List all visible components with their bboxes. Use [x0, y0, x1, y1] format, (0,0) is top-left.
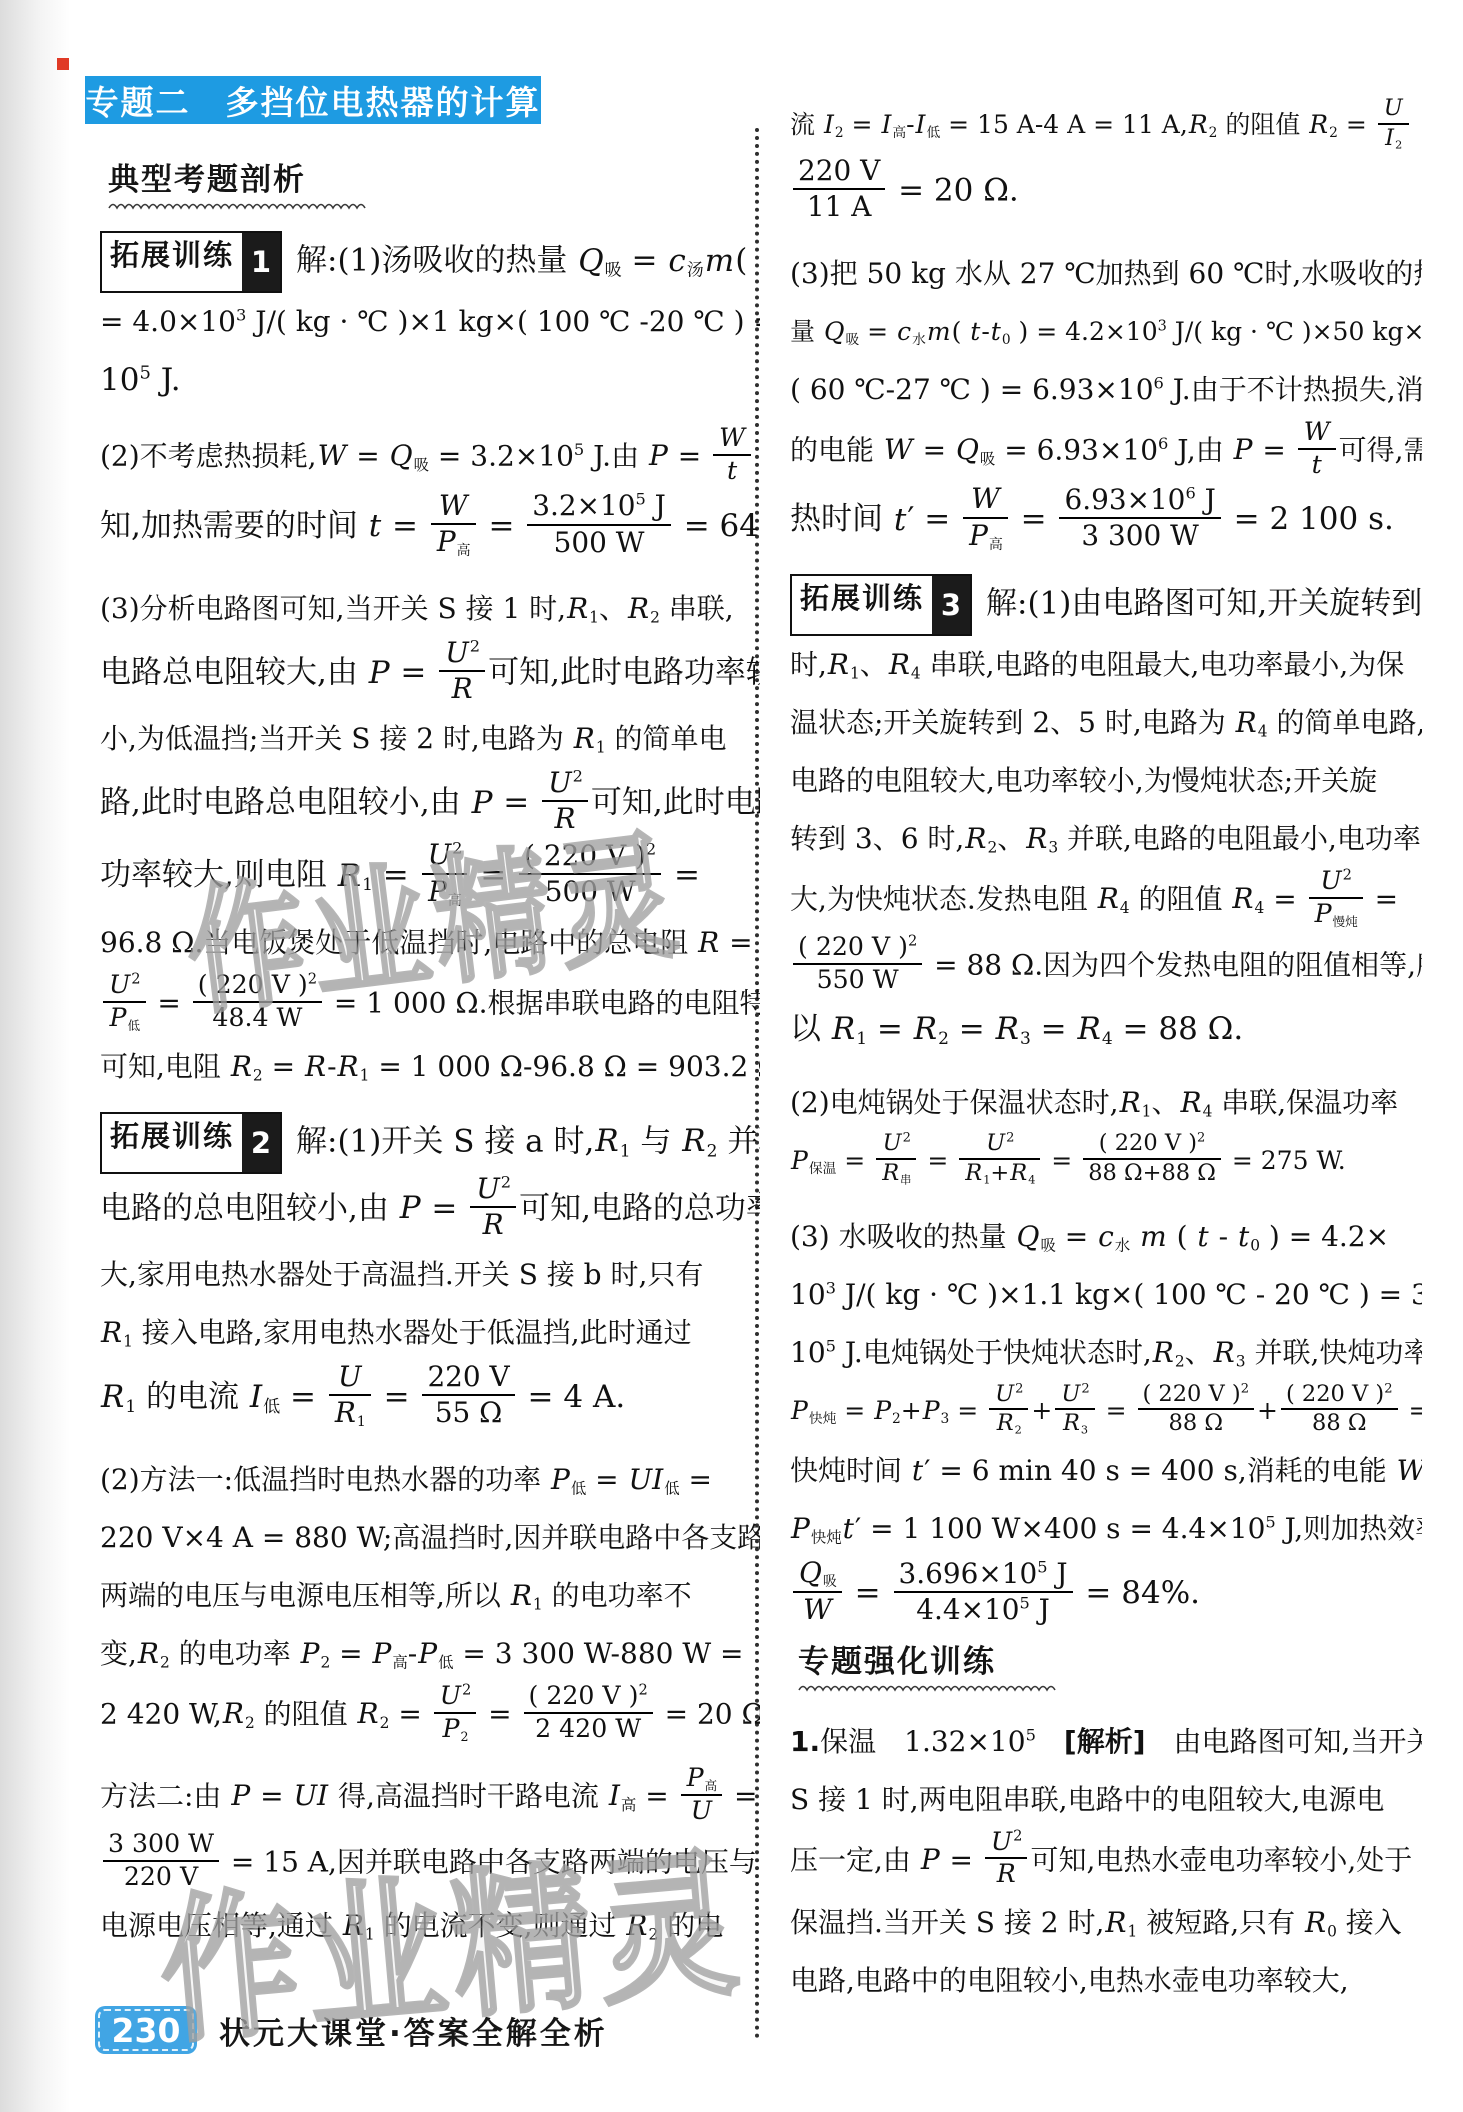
exercise-badge: 拓展训练3 [790, 574, 972, 636]
text-line: 拓展训练2解:(1)开关 S 接 a 时,R1 与 R2 并联, [100, 1112, 760, 1174]
fraction: U2R [470, 1173, 516, 1241]
text-line: 96.8 Ω.当电饭煲处于低温挡时,电路中的总电阻 R = [100, 914, 760, 972]
footer-title: 状元大课堂·答案全解全析 [219, 2008, 608, 2053]
text-line: 知,加热需要的时间 t = WP高 = 3.2×105 J500 W = 640… [100, 491, 760, 564]
text-line: 电路总电阻较大,由 P = U2R可知,此时电路功率较 [100, 638, 760, 710]
text-line: 路,此时电路总电阻较小,由 P = U2R可知,此时电路 [100, 768, 760, 840]
exercise-badge-label: 拓展训练 [102, 1114, 242, 1172]
fraction: U2R3 [1055, 1382, 1094, 1438]
text-line: 大,为快炖状态.发热电阻 R4 的阻值 R4 = U2P慢炖 = [790, 868, 1422, 934]
text-line: 103 J/( kg · ℃ )×1.1 kg×( 100 ℃ - 20 ℃ )… [790, 1266, 1422, 1324]
section-header-label: 典型考题剖析 [108, 154, 760, 199]
text-line: 大,家用电热水器处于高温挡.开关 S 接 b 时,只有 [100, 1246, 760, 1304]
fraction: UI2 [1378, 96, 1409, 151]
text-line: (2)电炖锅处于保温状态时,R1、R4 串联,保温功率 [790, 1074, 1422, 1132]
fraction: ( 220 V )288 Ω [1281, 1382, 1398, 1438]
fraction: WP高 [963, 483, 1008, 552]
text-line: (3) 水吸收的热量 Q吸 = c水 m ( t - t0 ) = 4.2× [790, 1208, 1422, 1266]
text-line: 拓展训练3解:(1)由电路图可知,开关旋转到 1、4 [790, 574, 1422, 636]
section-header: 典型考题剖析 [108, 154, 760, 211]
text-line: 方法二:由 P = UI 得,高温挡时干路电流 I高 = P高U = [100, 1765, 760, 1831]
fraction: U2P2 [434, 1682, 477, 1744]
right-column: 流 I2 = I高-I低 = 15 A-4 A = 11 A,R2 的阻值 R2… [790, 96, 1422, 2106]
fraction: P高U [681, 1764, 723, 1826]
topic-banner: 专题二 多挡位电热器的计算 [85, 76, 541, 124]
text-line: P快炖t′ = 1 100 W×400 s = 4.4×105 J,则加热效率 … [790, 1500, 1422, 1558]
text-line: U2P低 = ( 220 V )248.4 W = 1 000 Ω.根据串联电路… [100, 972, 760, 1038]
fraction: WP高 [431, 490, 476, 559]
fraction: Wt [713, 424, 751, 486]
text-line: 220 V×4 A = 880 W;高温挡时,因并联电路中各支路 [100, 1509, 760, 1567]
text-line: 220 V11 A = 20 Ω. [790, 156, 1422, 228]
page-footer: 230 状元大课堂·答案全解全析 [95, 2006, 608, 2054]
text-line: ( 60 ℃-27 ℃ ) = 6.93×106 J.由于不计热损失,消耗 [790, 361, 1422, 419]
fraction: 3 300 W220 V [103, 1830, 219, 1892]
fraction: 6.93×106 J3 300 W [1059, 484, 1220, 552]
fraction: 220 V55 Ω [422, 1361, 514, 1429]
page-edge-shade [0, 0, 70, 2112]
fraction: 3.696×105 J4.4×105 J [894, 1558, 1073, 1626]
fraction: 3.2×105 J500 W [527, 490, 671, 558]
text-line: 快炖时间 t′ = 6 min 40 s = 400 s,消耗的电能 W = [790, 1442, 1422, 1500]
text-line: R1 接入电路,家用电热水器处于低温挡,此时通过 [100, 1304, 760, 1362]
section-header: 专题强化训练 [798, 1636, 1422, 1693]
fraction: U2R1+R4 [959, 1131, 1040, 1187]
exercise-badge-number: 1 [242, 233, 280, 291]
left-column: 典型考题剖析拓展训练1解:(1)汤吸收的热量 Q吸 = c汤m( t-t0 )=… [100, 150, 760, 2006]
text-line: 变,R2 的电功率 P2 = P高-P低 = 3 300 W-880 W = [100, 1625, 760, 1683]
exercise-badge-number: 3 [932, 576, 970, 634]
text-line: Q吸W = 3.696×105 J4.4×105 J = 84%. [790, 1558, 1422, 1631]
section-header-label: 专题强化训练 [798, 1636, 1422, 1681]
text-line: 热时间 t′ = WP高 = 6.93×106 J3 300 W = 2 100… [790, 484, 1422, 557]
text-line: 电路,电路中的电阻较小,电热水壶电功率较大, [790, 1952, 1422, 2010]
text-line: (3)分析电路图可知,当开关 S 接 1 时,R1、R2 串联, [100, 580, 760, 638]
text-line: P保温 = U2R串 = U2R1+R4 = ( 220 V )288 Ω+88… [790, 1132, 1422, 1192]
text-line: 保温挡.当开关 S 接 2 时,R1 被短路,只有 R0 接入 [790, 1894, 1422, 1952]
exercise-badge-label: 拓展训练 [792, 576, 932, 634]
text-line: 以 R1 = R2 = R3 = R4 = 88 Ω. [790, 1000, 1422, 1058]
fraction: U2P低 [103, 971, 146, 1033]
text-line: 压一定,由 P = U2R可知,电热水壶电功率较小,处于 [790, 1829, 1422, 1895]
fraction: ( 220 V )288 Ω+88 Ω [1083, 1131, 1221, 1187]
exercise-badge-label: 拓展训练 [102, 233, 242, 291]
text-line: (3)把 50 kg 水从 27 ℃加热到 60 ℃时,水吸收的热 [790, 245, 1422, 303]
text-line: 电路的电阻较大,电功率较小,为慢炖状态;开关旋 [790, 752, 1422, 810]
text-line: S 接 1 时,两电阻串联,电路中的电阻较大,电源电 [790, 1771, 1422, 1829]
text-line: 时,R1、R4 串联,电路的电阻最大,电功率最小,为保 [790, 636, 1422, 694]
fraction: U2R [542, 767, 588, 835]
text-line: 的电能 W = Q吸 = 6.93×106 J,由 P = Wt可得,需要的加 [790, 419, 1422, 485]
text-line: 105 J.电炖锅处于快炖状态时,R2、R3 并联,快炖功率 [790, 1324, 1422, 1382]
page-number-badge: 230 [95, 2006, 197, 2054]
fraction: U2R [439, 637, 485, 705]
fraction: ( 220 V )2550 W [793, 933, 922, 995]
text-line: 1.保温 1.32×105 [解析] 由电路图可知,当开关 [790, 1713, 1422, 1771]
text-line: 105 J. [100, 351, 760, 409]
text-line: (2)方法一:低温挡时电热水器的功率 P低 = UI低 = [100, 1451, 760, 1509]
text-line: 电源电压相等,通过 R1 的电流不变,则通过 R2 的电 [100, 1897, 760, 1955]
exercise-badge: 拓展训练2 [100, 1112, 282, 1174]
text-line: R1 的电流 I低 = UR1 = 220 V55 Ω = 4 A. [100, 1362, 760, 1435]
text-line: 两端的电压与电源电压相等,所以 R1 的电功率不 [100, 1567, 760, 1625]
fraction: Wt [1298, 418, 1336, 480]
text-line: 电路的总电阻较小,由 P = U2R可知,电路的总功率较 [100, 1174, 760, 1246]
fraction: U2P慢炖 [1309, 867, 1363, 929]
text-line: 拓展训练1解:(1)汤吸收的热量 Q吸 = c汤m( t-t0 ) [100, 231, 760, 293]
text-line: 功率较大,则电阻 R1 = U2P高 = ( 220 V )2500 W = [100, 840, 760, 913]
text-line: P快炖 = P2+P3 = U2R2+U2R3 = ( 220 V )288 Ω… [790, 1382, 1422, 1442]
text-line: 3 300 W220 V = 15 A,因并联电路中各支路两端的电压与 [100, 1831, 760, 1897]
fraction: 220 V11 A [793, 155, 885, 223]
fraction: UR1 [329, 1361, 371, 1430]
text-line: 转到 3、6 时,R2、R3 并联,电路的电阻最小,电功率最 [790, 810, 1422, 868]
text-line: ( 220 V )2550 W = 88 Ω.因为四个发热电阻的阻值相等,所 [790, 934, 1422, 1000]
fraction: ( 220 V )2500 W [519, 840, 661, 908]
scan-corner-mark [57, 58, 69, 70]
text-line: 2 420 W,R2 的阻值 R2 = U2P2 = ( 220 V )22 4… [100, 1683, 760, 1749]
text-line: 小,为低温挡;当开关 S 接 2 时,电路为 R1 的简单电 [100, 710, 760, 768]
text-line: 可知,电阻 R2 = R-R1 = 1 000 Ω-96.8 Ω = 903.2… [100, 1038, 760, 1096]
fraction: U2R2 [989, 1382, 1028, 1438]
fraction: ( 220 V )248.4 W [193, 971, 322, 1033]
text-line: (2)不考虑热损耗,W = Q吸 = 3.2×105 J.由 P = Wt 可 [100, 425, 760, 491]
exercise-badge-number: 2 [242, 1114, 280, 1172]
fraction: U2R [985, 1828, 1028, 1890]
wavy-underline [798, 1684, 1060, 1693]
fraction: ( 220 V )288 Ω [1138, 1382, 1255, 1438]
wavy-underline [108, 202, 366, 211]
text-line: = 4.0×103 J/( kg · ℃ )×1 kg×( 100 ℃ -20 … [100, 293, 760, 351]
fraction: Q吸W [793, 1557, 842, 1626]
exercise-badge: 拓展训练1 [100, 231, 282, 293]
fraction: ( 220 V )22 420 W [524, 1682, 653, 1744]
text-line: 流 I2 = I高-I低 = 15 A-4 A = 11 A,R2 的阻值 R2… [790, 96, 1422, 156]
fraction: U2P高 [422, 839, 468, 908]
fraction: U2R串 [876, 1131, 916, 1187]
text-line: 温状态;开关旋转到 2、5 时,电路为 R4 的简单电路, [790, 694, 1422, 752]
text-line: 量 Q吸 = c水m( t-t0 ) = 4.2×103 J/( kg · ℃ … [790, 303, 1422, 361]
